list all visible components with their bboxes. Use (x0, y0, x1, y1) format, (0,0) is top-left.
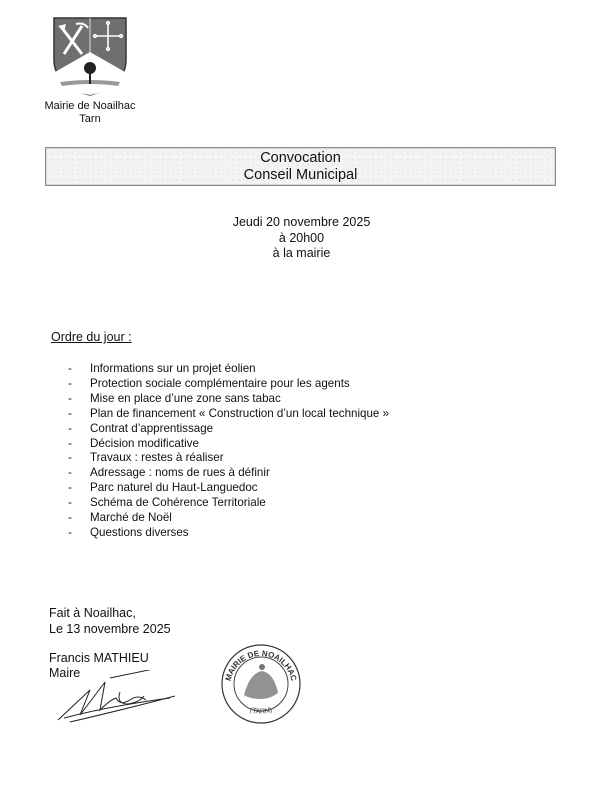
coat-of-arms-icon (52, 16, 128, 96)
agenda-item-label: Informations sur un projet éolien (90, 362, 256, 377)
title-line-2: Conseil Municipal (46, 167, 555, 184)
bullet-dash: - (68, 466, 90, 481)
organization-header: Mairie de Noailhac Tarn (30, 100, 150, 126)
title-line-1: Convocation (46, 150, 555, 167)
agenda-item-label: Marché de Noël (90, 511, 172, 526)
agenda-list: -Informations sur un projet éolien-Prote… (68, 362, 389, 541)
handwritten-signature-icon (50, 670, 190, 725)
agenda-item: -Parc naturel du Haut-Languedoc (68, 481, 389, 496)
agenda-item: -Plan de financement « Construction d’un… (68, 407, 389, 422)
svg-text:(TARN): (TARN) (249, 707, 273, 716)
agenda-item: -Protection sociale complémentaire pour … (68, 377, 389, 392)
stamp-bottom-text: (TARN) (249, 707, 273, 716)
meeting-location: à la mairie (200, 246, 403, 262)
agenda-item-label: Schéma de Cohérence Territoriale (90, 496, 266, 511)
bullet-dash: - (68, 496, 90, 511)
agenda-item: -Travaux : restes à réaliser (68, 451, 389, 466)
official-stamp-icon: MAIRIE DE NOAILHAC (TARN) (220, 643, 302, 725)
agenda-item-label: Mise en place d’une zone sans tabac (90, 392, 281, 407)
agenda-item: -Décision modificative (68, 437, 389, 452)
agenda-item: -Contrat d’apprentissage (68, 422, 389, 437)
bullet-dash: - (68, 422, 90, 437)
signer-name: Francis MATHIEU (49, 651, 149, 666)
agenda-item-label: Décision modificative (90, 437, 199, 452)
agenda-item-label: Contrat d’apprentissage (90, 422, 213, 437)
bullet-dash: - (68, 437, 90, 452)
agenda-item: -Adressage : noms de rues à définir (68, 466, 389, 481)
agenda-item: -Schéma de Cohérence Territoriale (68, 496, 389, 511)
bullet-dash: - (68, 511, 90, 526)
meeting-time: à 20h00 (200, 231, 403, 247)
bullet-dash: - (68, 481, 90, 496)
signature-date: Le 13 novembre 2025 (49, 622, 171, 638)
agenda-item-label: Travaux : restes à réaliser (90, 451, 224, 466)
agenda-item-label: Adressage : noms de rues à définir (90, 466, 270, 481)
signature-place-date: Fait à Noailhac, Le 13 novembre 2025 (49, 606, 171, 637)
bullet-dash: - (68, 392, 90, 407)
agenda-item-label: Plan de financement « Construction d’un … (90, 407, 389, 422)
meeting-date: Jeudi 20 novembre 2025 (200, 215, 403, 231)
bullet-dash: - (68, 526, 90, 541)
agenda-item: -Questions diverses (68, 526, 389, 541)
agenda-item-label: Protection sociale complémentaire pour l… (90, 377, 350, 392)
organization-name: Mairie de Noailhac (30, 100, 150, 113)
agenda-item: -Marché de Noël (68, 511, 389, 526)
meeting-details: Jeudi 20 novembre 2025 à 20h00 à la mair… (200, 215, 403, 262)
bullet-dash: - (68, 407, 90, 422)
document-title-box: Convocation Conseil Municipal (45, 147, 556, 186)
agenda-item: -Informations sur un projet éolien (68, 362, 389, 377)
signature-place: Fait à Noailhac, (49, 606, 171, 622)
agenda-heading: Ordre du jour : (51, 330, 132, 344)
bullet-dash: - (68, 377, 90, 392)
bullet-dash: - (68, 362, 90, 377)
agenda-item-label: Parc naturel du Haut-Languedoc (90, 481, 258, 496)
organization-region: Tarn (30, 113, 150, 126)
bullet-dash: - (68, 451, 90, 466)
agenda-item-label: Questions diverses (90, 526, 189, 541)
agenda-item: -Mise en place d’une zone sans tabac (68, 392, 389, 407)
